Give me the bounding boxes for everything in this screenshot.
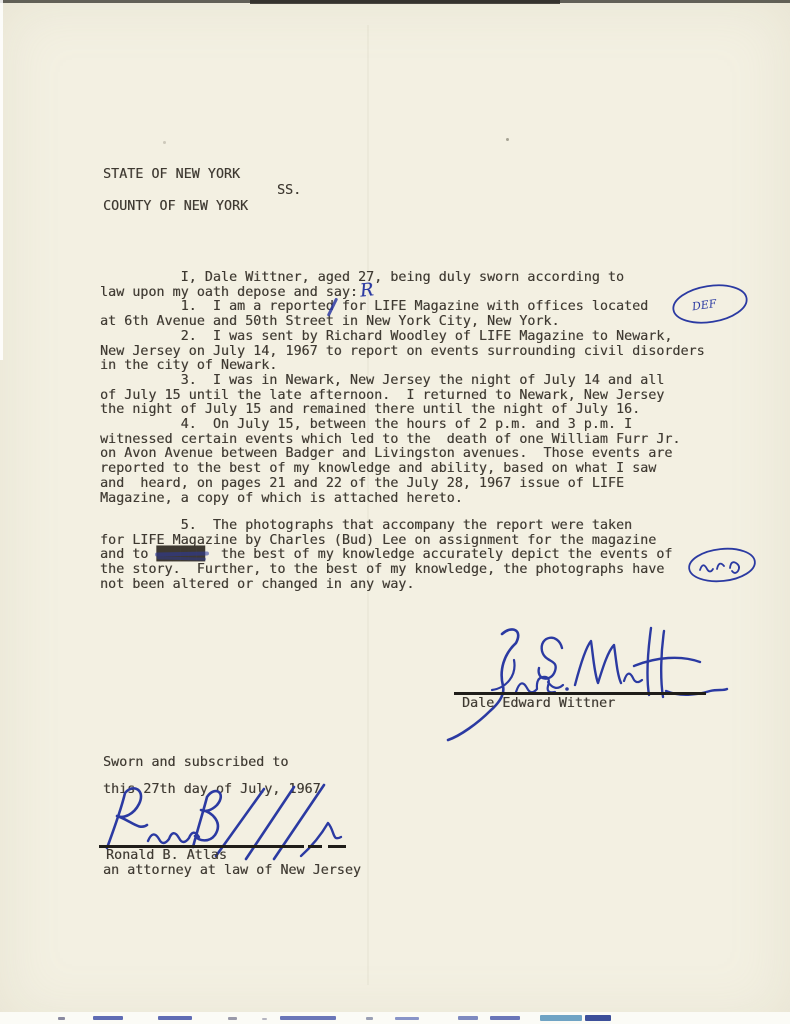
affiant-typed-name: Dale Edward Wittner <box>462 697 615 712</box>
scan-artifact-dash <box>228 1017 237 1020</box>
scan-artifact-dash <box>262 1018 267 1020</box>
typed-line: witnessed certain events which led to th… <box>100 433 705 448</box>
typed-line: and heard, on pages 21 and 22 of the Jul… <box>100 477 705 492</box>
affidavit-page: STATE OF NEW YORK SS. COUNTY OF NEW YORK… <box>0 0 790 1024</box>
header-ss-line: SS. <box>277 184 301 199</box>
typed-line: the story. Further, to the best of my kn… <box>100 563 672 578</box>
typed-line: at 6th Avenue and 50th Street in New Yor… <box>100 315 705 330</box>
typed-line: Magazine, a copy of which is attached he… <box>100 492 705 507</box>
typed-line: on Avon Avenue between Badger and Living… <box>100 447 705 462</box>
header-county-line: COUNTY OF NEW YORK <box>103 200 248 215</box>
scan-artifact-dash <box>585 1015 611 1021</box>
scan-artifact-dash <box>58 1017 65 1020</box>
typed-line: the night of July 15 and remained there … <box>100 403 705 418</box>
signature-line <box>454 692 706 695</box>
handwritten-correction-r: R <box>359 279 375 301</box>
scan-artifact-dash <box>280 1016 336 1020</box>
def-circled-stamp: DEF <box>668 280 752 330</box>
scan-artifact-dash <box>158 1016 192 1020</box>
scan-artifact-dash <box>490 1016 520 1020</box>
affidavit-body-paragraphs-1-4: I, Dale Wittner, aged 27, being duly swo… <box>100 271 705 506</box>
typed-line: of July 15 until the late afternoon. I r… <box>100 389 705 404</box>
scan-edge-left <box>0 0 3 360</box>
typed-line: 2. I was sent by Richard Woodley of LIFE… <box>100 330 705 345</box>
notary-signature-line-dash <box>308 845 322 848</box>
typed-line: in the city of Newark. <box>100 359 705 374</box>
typed-line: reported to the best of my knowledge and… <box>100 462 705 477</box>
scan-artifact-dash <box>458 1016 478 1020</box>
typed-line: 3. I was in Newark, New Jersey the night… <box>100 374 705 389</box>
typed-line: 4. On July 15, between the hours of 2 p.… <box>100 418 705 433</box>
sworn-line: Sworn and subscribed to <box>103 756 288 771</box>
dale-wittner-signature <box>440 618 730 743</box>
notary-signature-line-dash <box>328 845 346 848</box>
paper-speck <box>506 138 509 141</box>
notary-typed-name: Ronald B. Atlas <box>106 849 227 864</box>
typed-line: I, Dale Wittner, aged 27, being duly swo… <box>100 271 705 286</box>
scan-artifact-dash <box>540 1015 582 1021</box>
scan-artifact-dash <box>366 1017 373 1020</box>
typed-line: 5. The photographs that accompany the re… <box>100 519 672 534</box>
notary-title-line: an attorney at law of New Jersey <box>103 864 361 879</box>
def-stamp-label: DEF <box>690 297 717 313</box>
illegible-circled-stamp <box>684 543 764 589</box>
scan-artifact-dash <box>93 1016 123 1020</box>
typed-line: New Jersey on July 14, 1967 to report on… <box>100 345 705 360</box>
typed-line: 1. I am a reported for LIFE Magazine wit… <box>100 300 705 315</box>
header-state-line: STATE OF NEW YORK <box>103 168 240 183</box>
paper-speck <box>163 141 166 144</box>
scan-artifact-dash <box>395 1017 419 1020</box>
typed-line: law upon my oath depose and say: <box>100 286 705 301</box>
scan-edge-top-dark <box>250 0 560 4</box>
typed-line: not been altered or changed in any way. <box>100 578 672 593</box>
